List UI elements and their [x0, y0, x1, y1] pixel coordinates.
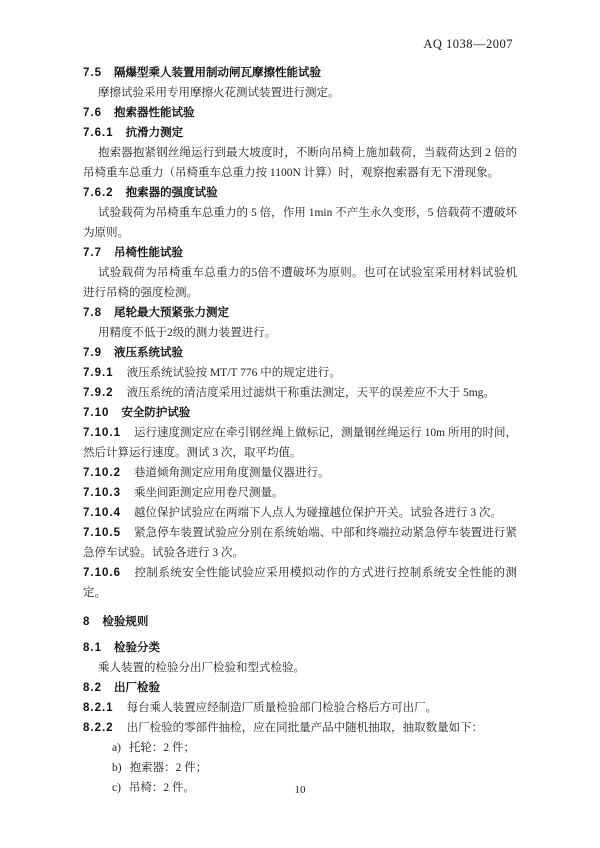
clause-number: 7.10: [83, 407, 109, 419]
heading-title: 吊椅性能试验: [114, 247, 183, 259]
clause-number: 7.8: [83, 307, 102, 319]
clause-paragraph: 8.2.1每台乘人装置应经制造厂质量检验部门检验合格后方可出厂。: [83, 698, 517, 718]
paragraph: 摩擦试验采用专用摩擦火花测试装置进行测定。: [83, 83, 517, 103]
clause-text: 乘坐间距测定应用卷尺测量。: [134, 487, 284, 499]
clause-number: 7.9.1: [83, 367, 114, 379]
paragraph: 乘人装置的检验分出厂检验和型式检验。: [83, 658, 517, 678]
clause-number: 7.10.1: [83, 427, 121, 439]
heading-title: 检验规则: [102, 616, 148, 628]
clause-number: 7.6.2: [83, 187, 114, 199]
clause-paragraph: 7.10.1运行速度测定应在牵引钢丝绳上做标记，测量钢丝绳运行 10m 所用的时…: [83, 423, 517, 463]
paragraph: 用精度不低于2级的测力装置进行。: [83, 323, 517, 343]
clause-paragraph: 8.2.2出厂检验的零部件抽检，应在同批量产品中随机抽取，抽取数量如下：: [83, 718, 517, 738]
clause-number: 7.9: [83, 347, 102, 359]
section-heading: 7.6.2抱索器的强度试验: [83, 183, 517, 203]
clause-number: 7.6: [83, 107, 102, 119]
list-marker: a): [112, 742, 121, 754]
section-heading: 7.10安全防护试验: [83, 403, 517, 423]
section-heading: 7.6抱索器性能试验: [83, 103, 517, 123]
paragraph-text: 用精度不低于2级的测力装置进行。: [98, 327, 276, 339]
heading-title: 抱索器的强度试验: [126, 187, 218, 199]
clause-number: 7.7: [83, 247, 102, 259]
section-heading: 7.9液压系统试验: [83, 343, 517, 363]
paragraph-text: 抱索器抱紧钢丝绳运行到最大坡度时，不断向吊椅上施加载荷，当载荷达到 2 倍的吊椅…: [83, 147, 517, 179]
clause-text: 紧急停车装置试验应分别在系统始端、中部和终端拉动紧急停车装置进行紧急停车试验。试…: [83, 527, 517, 559]
section-heading: 7.5隔爆型乘人装置用制动闸瓦摩擦性能试验: [83, 63, 517, 83]
heading-title: 尾轮最大预紧张力测定: [114, 307, 229, 319]
heading-title: 隔爆型乘人装置用制动闸瓦摩擦性能试验: [114, 67, 321, 79]
clause-number: 7.10.2: [83, 467, 121, 479]
document-page: AQ 1038—2007 7.5隔爆型乘人装置用制动闸瓦摩擦性能试验摩擦试验采用…: [0, 0, 600, 848]
list-marker: b): [112, 762, 122, 774]
page-number: 10: [0, 784, 600, 796]
clause-paragraph: 7.10.3乘坐间距测定应用卷尺测量。: [83, 483, 517, 503]
clause-number: 7.10.3: [83, 487, 121, 499]
section-heading: 7.7吊椅性能试验: [83, 243, 517, 263]
clause-text: 出厂检验的零部件抽检，应在同批量产品中随机抽取，抽取数量如下：: [127, 722, 484, 734]
list-item: a)托轮：2 件；: [83, 738, 517, 758]
clause-paragraph: 7.9.1液压系统试验按 MT/T 776 中的规定进行。: [83, 363, 517, 383]
section-heading: 8.2出厂检验: [83, 678, 517, 698]
heading-title: 安全防护试验: [121, 407, 190, 419]
document-body: 7.5隔爆型乘人装置用制动闸瓦摩擦性能试验摩擦试验采用专用摩擦火花测试装置进行测…: [83, 63, 517, 798]
clause-number: 7.10.5: [83, 527, 121, 539]
list-item: b)抱索器：2 件；: [83, 758, 517, 778]
clause-number: 8.2.1: [83, 702, 114, 714]
paragraph: 试验载荷为吊椅重车总重力的 5 倍，作用 1min 不产生永久变形，5 倍载荷不…: [83, 203, 517, 243]
list-item-text: 托轮：2 件；: [129, 742, 195, 754]
heading-title: 抱索器性能试验: [114, 107, 195, 119]
clause-number: 8.2.2: [83, 722, 114, 734]
clause-number: 7.10.6: [83, 567, 121, 579]
list-item-text: 抱索器：2 件；: [130, 762, 208, 774]
paragraph-text: 试验载荷为吊椅重车总重力的 5 倍，作用 1min 不产生永久变形，5 倍载荷不…: [83, 207, 517, 239]
clause-paragraph: 7.10.5紧急停车装置试验应分别在系统始端、中部和终端拉动紧急停车装置进行紧急…: [83, 523, 517, 563]
heading-title: 液压系统试验: [114, 347, 183, 359]
clause-number: 7.9.2: [83, 387, 114, 399]
section-heading: 7.8尾轮最大预紧张力测定: [83, 303, 517, 323]
paragraph-text: 乘人装置的检验分出厂检验和型式检验。: [98, 662, 305, 674]
clause-text: 运行速度测定应在牵引钢丝绳上做标记，测量钢丝绳运行 10m 所用的时间，然后计算…: [83, 427, 517, 459]
heading-title: 检验分类: [114, 642, 160, 654]
paragraph-text: 摩擦试验采用专用摩擦火花测试装置进行测定。: [98, 87, 340, 99]
clause-text: 巷道倾角测定应用角度测量仪器进行。: [134, 467, 330, 479]
clause-number: 7.5: [83, 67, 102, 79]
paragraph: 抱索器抱紧钢丝绳运行到最大坡度时，不断向吊椅上施加载荷，当载荷达到 2 倍的吊椅…: [83, 143, 517, 183]
heading-title: 出厂检验: [114, 682, 160, 694]
clause-text: 控制系统安全性能试验应采用模拟动作的方式进行控制系统安全性能的测定。: [83, 567, 517, 599]
paragraph-text: 试验载荷为吊椅重车总重力的5倍不遭破坏为原则。也可在试验室采用材料试验机进行吊椅…: [83, 267, 517, 299]
clause-text: 每台乘人装置应经制造厂质量检验部门检验合格后方可出厂。: [127, 702, 438, 714]
clause-text: 液压系统试验按 MT/T 776 中的规定进行。: [127, 367, 341, 379]
clause-text: 越位保护试验应在两端下人点人为碰撞越位保护开关。试验各进行 3 次。: [134, 507, 502, 519]
clause-number: 7.10.4: [83, 507, 121, 519]
standard-number-header: AQ 1038—2007: [423, 37, 513, 52]
clause-number: 8.2: [83, 682, 102, 694]
clause-paragraph: 7.10.2巷道倾角测定应用角度测量仪器进行。: [83, 463, 517, 483]
section-heading: 7.6.1抗滑力测定: [83, 123, 517, 143]
clause-text: 液压系统的清洁度采用过滤烘干称重法测定，天平的误差应不大于 5mg。: [127, 387, 495, 399]
clause-number: 7.6.1: [83, 127, 114, 139]
paragraph: 试验载荷为吊椅重车总重力的5倍不遭破坏为原则。也可在试验室采用材料试验机进行吊椅…: [83, 263, 517, 303]
clause-number: 8: [83, 616, 90, 628]
clause-paragraph: 7.10.4越位保护试验应在两端下人点人为碰撞越位保护开关。试验各进行 3 次。: [83, 503, 517, 523]
clause-number: 8.1: [83, 642, 102, 654]
clause-paragraph: 7.10.6控制系统安全性能试验应采用模拟动作的方式进行控制系统安全性能的测定。: [83, 563, 517, 603]
section-heading: 8.1检验分类: [83, 638, 517, 658]
heading-title: 抗滑力测定: [126, 127, 184, 139]
chapter-heading: 8检验规则: [83, 612, 517, 632]
clause-paragraph: 7.9.2液压系统的清洁度采用过滤烘干称重法测定，天平的误差应不大于 5mg。: [83, 383, 517, 403]
